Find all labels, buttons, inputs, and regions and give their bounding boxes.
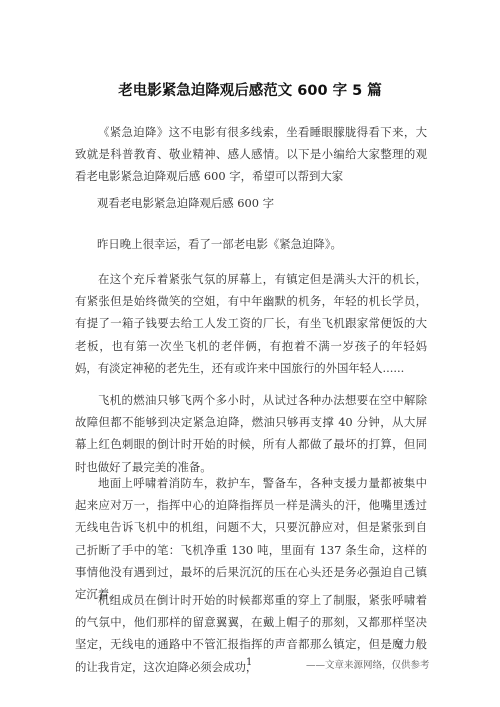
body-paragraph-2: 飞机的燃油只够飞两个多小时，从试过各种办法想要在空中解除故障但都不能够到决定紧急…	[75, 389, 427, 478]
paragraph-text: 在这个充斥着紧张气氛的屏幕上，有镇定但是满头大汗的机长，有紧张但是始终微笑的空姐…	[75, 268, 427, 379]
page-number: 1	[246, 657, 252, 668]
body-paragraph-3: 地面上呼啸着消防车，救护车，警备车，各种支援力量都被集中起来应对万一，指挥中心的…	[75, 472, 427, 605]
source-note: ——文章来源网络，仅供参考	[306, 657, 430, 671]
subheading: 观看老电影紧急迫降观后感 600 字	[97, 195, 274, 211]
paragraph-text: 飞机的燃油只够飞两个多小时，从试过各种办法想要在空中解除故障但都不能够到决定紧急…	[75, 389, 427, 478]
opening-line: 昨日晚上很幸运，看了一部老电影《紧急迫降》。	[97, 236, 342, 252]
document-page: 老电影紧急迫降观后感范文 600 字 5 篇 《紧急迫降》这不电影有很多线索，坐…	[0, 0, 500, 707]
body-paragraph-1: 在这个充斥着紧张气氛的屏幕上，有镇定但是满头大汗的机长，有紧张但是始终微笑的空姐…	[75, 268, 427, 379]
document-title: 老电影紧急迫降观后感范文 600 字 5 篇	[0, 79, 500, 100]
intro-text: 《紧急迫降》这不电影有很多线索，坐看睡眼朦胧得看下来，大致就是科普教育、敬业精神…	[75, 121, 427, 188]
paragraph-text: 地面上呼啸着消防车，救护车，警备车，各种支援力量都被集中起来应对万一，指挥中心的…	[75, 472, 427, 605]
intro-paragraph: 《紧急迫降》这不电影有很多线索，坐看睡眼朦胧得看下来，大致就是科普教育、敬业精神…	[75, 121, 427, 188]
